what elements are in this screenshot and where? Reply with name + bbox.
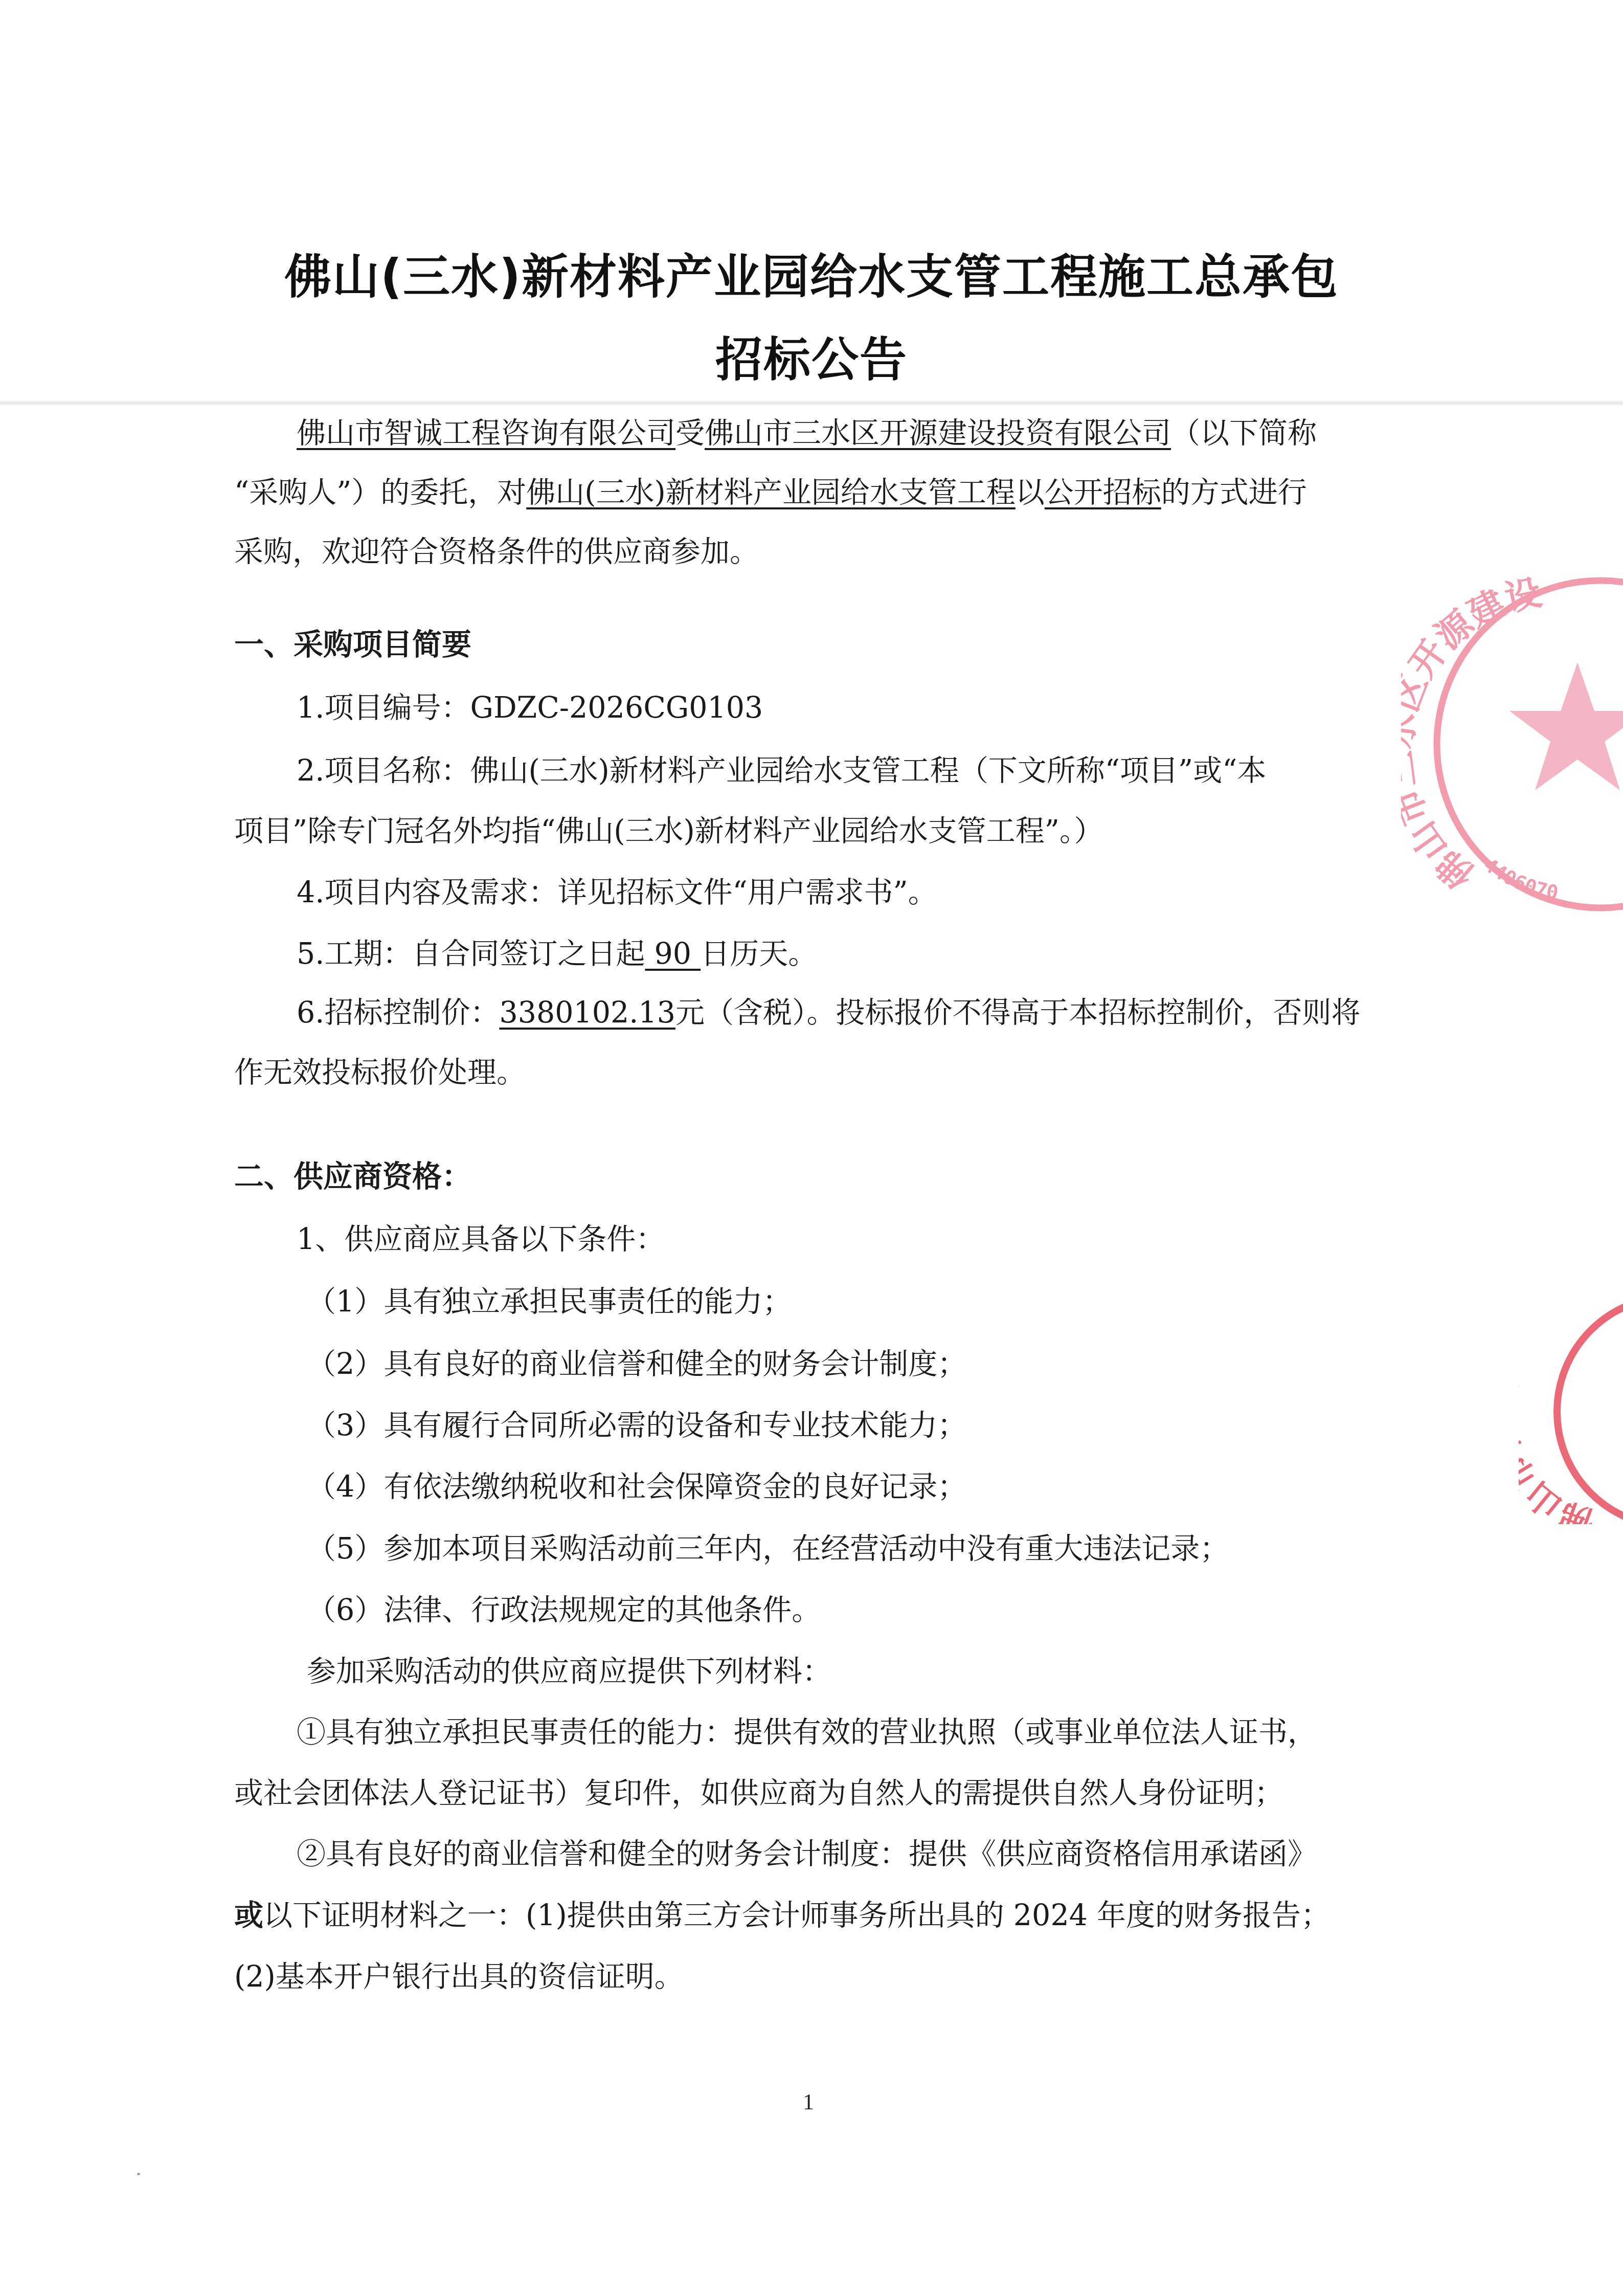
svg-text:4406070: 4406070: [1480, 854, 1560, 904]
condition-item: （1）具有独立承担民事责任的能力；: [307, 1284, 792, 1320]
qualification-subheading: 1、供应商应具备以下条件：: [297, 1221, 665, 1257]
condition-item: （2）具有良好的商业信誉和健全的财务会计制度；: [307, 1346, 966, 1382]
control-price: 6.招标控制价：3380102.13元（含税）。投标报价不得高于本招标控制价，否…: [297, 995, 1360, 1031]
svg-text:佛山市三水区开源建设: 佛山市三水区开源建设: [1401, 573, 1545, 897]
purchaser-name: 佛山市三水区开源建设投资有限公司: [705, 416, 1171, 450]
material-2-line-2: 或以下证明材料之一：(1)提供由第三方会计师事务所出具的 2024 年度的财务报…: [234, 1898, 1330, 1933]
materials-intro: 参加采购活动的供应商应提供下列材料：: [307, 1654, 831, 1689]
condition-item: （6）法律、行政法规规定的其他条件。: [307, 1592, 821, 1628]
intro-line-2: “采购人”）的委托，对佛山(三水)新材料产业园给水支管工程以公开招标的方式进行: [234, 475, 1307, 510]
project-name: 佛山(三水)新材料产业园给水支管工程: [526, 476, 1015, 509]
material-2-line-3: (2)基本开户银行出具的资信证明。: [234, 1959, 684, 1995]
project-number: 1.项目编号：GDZC-2026CG0103: [297, 690, 763, 726]
construction-period: 5.工期：自合同签订之日起 90 日历天。: [297, 936, 817, 972]
control-price-line-2: 作无效投标报价处理。: [234, 1055, 526, 1090]
agent-seal-icon: 佛山市智诚: [1519, 1299, 1623, 1524]
section-heading-procurement-summary: 一、采购项目简要: [234, 627, 471, 662]
material-1-line-1: ①具有独立承担民事责任的能力：提供有效的营业执照（或事业单位法人证书，: [297, 1714, 1317, 1750]
condition-item: （3）具有履行合同所必需的设备和专业技术能力；: [307, 1408, 966, 1443]
project-content: 4.项目内容及需求：详见招标文件“用户需求书”。: [297, 875, 937, 910]
condition-item: （4）有依法缴纳税收和社会保障资金的良好记录；: [307, 1469, 966, 1505]
control-price-amount: 3380102.13: [499, 996, 675, 1030]
company-seal-icon: 佛山市三水区开源建设 4406070: [1401, 573, 1623, 921]
document-title: 佛山(三水)新材料产业园给水支管工程施工总承包: [0, 239, 1623, 307]
section-heading-supplier-qualification: 二、供应商资格：: [234, 1158, 471, 1194]
agent-name: 佛山市智诚工程咨询有限公司: [297, 416, 675, 450]
procurement-method: 公开招标: [1045, 476, 1161, 509]
project-name-line-2: 项目”除专门冠名外均指“佛山(三水)新材料产业园给水支管工程”。）: [234, 813, 1103, 849]
project-name-line-1: 2.项目名称：佛山(三水)新材料产业园给水支管工程（下文所称“项目”或“本: [297, 753, 1266, 789]
svg-text:佛山市智诚: 佛山市智诚: [1519, 1381, 1599, 1524]
intro-line-1: 佛山市智诚工程咨询有限公司受佛山市三水区开源建设投资有限公司（以下简称: [297, 415, 1317, 451]
page-number: 1: [803, 2089, 814, 2115]
material-2-line-1: ②具有良好的商业信誉和健全的财务会计制度：提供《供应商资格信用承诺函》: [297, 1836, 1317, 1872]
scan-artifact-band: [0, 400, 1623, 406]
scan-speck: [137, 2173, 140, 2175]
document-subtitle: 招标公告: [0, 322, 1623, 390]
condition-item: （5）参加本项目采购活动前三年内，在经营活动中没有重大违法记录；: [307, 1531, 1229, 1567]
material-1-line-2: 或社会团体法人登记证书）复印件，如供应商为自然人的需提供自然人身份证明；: [234, 1775, 1283, 1811]
period-days: 90: [645, 937, 701, 971]
document-page: 佛山(三水)新材料产业园给水支管工程施工总承包 招标公告 佛山市智诚工程咨询有限…: [0, 0, 1623, 2296]
intro-line-3: 采购，欢迎符合资格条件的供应商参加。: [234, 534, 759, 570]
